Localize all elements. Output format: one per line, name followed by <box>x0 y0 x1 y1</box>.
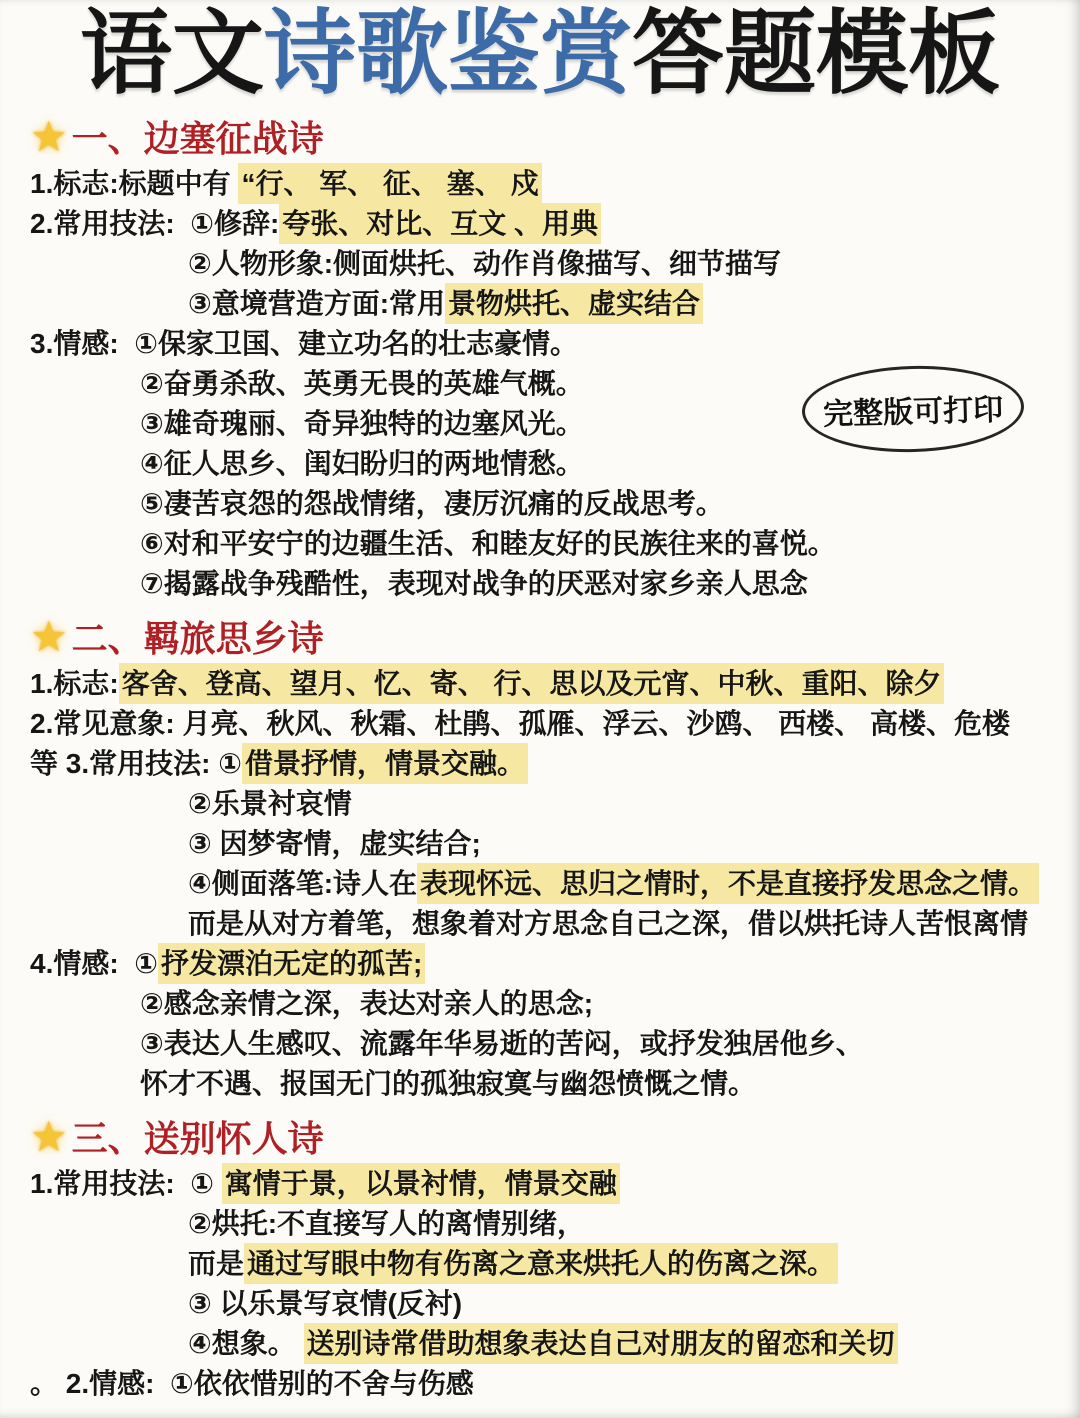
text-line: ⑤凄苦哀怨的怨战情绪，凄厉沉痛的反战思考。 <box>30 484 1050 524</box>
printable-badge-label: 完整版可打印 <box>822 385 1003 434</box>
text-line: 1.标志:客舍、登高、望月、忆、寄、 行、思以及元宵、中秋、重阳、除夕 <box>30 664 1050 704</box>
text-segment: ②人物形象:侧面烘托、动作肖像描写、细节描写 <box>188 248 781 279</box>
text-segment: ④侧面落笔:诗人在 <box>188 868 417 899</box>
poem-section: ★二、羁旅思乡诗1.标志:客舍、登高、望月、忆、寄、 行、思以及元宵、中秋、重阳… <box>30 616 1050 1104</box>
text-segment: ③意境营造方面:常用 <box>188 288 445 319</box>
text-line: 而是通过写眼中物有伤离之意来烘托人的伤离之深。 <box>30 1244 1050 1284</box>
text-segment: ②感念亲情之深，表达对亲人的思念; <box>140 988 593 1019</box>
text-line: ③ 以乐景写哀情(反衬) <box>30 1284 1050 1324</box>
glowing-star-icon: ★ <box>30 616 68 658</box>
text-segment: ⑦揭露战争残酷性，表现对战争的厌恶对家乡亲人思念 <box>140 568 808 599</box>
title-part-blue: 诗歌鉴赏 <box>264 3 632 105</box>
sections: ★一、边塞征战诗1.标志:标题中有 “行、 军、 征、 塞、 戍2.常用技法: … <box>30 116 1050 1404</box>
text-line: ②乐景衬哀情 <box>30 784 1050 824</box>
text-segment: 怀才不遇、报国无门的孤独寂寞与幽怨愤慨之情。 <box>140 1068 756 1099</box>
text-segment: ⑥对和平安宁的边疆生活、和睦友好的民族往来的喜悦。 <box>140 528 836 559</box>
text-line: ③表达人生感叹、流露年华易逝的苦闷，或抒发独居他乡、 <box>30 1024 1050 1064</box>
highlight-text: 夸张、对比、互文 、用典 <box>279 203 601 244</box>
text-segment: 1.标志: <box>30 668 119 699</box>
text-segment: 。 2.情感: ①依依惜别的不舍与伤感 <box>30 1368 474 1399</box>
text-segment: 1.标志:标题中有 <box>30 168 238 199</box>
highlight-text: 抒发漂泊无定的孤苦; <box>158 943 425 984</box>
text-segment: ③ 因梦寄情，虚实结合; <box>188 828 481 859</box>
glowing-star-icon: ★ <box>30 1116 68 1158</box>
poem-section: ★一、边塞征战诗1.标志:标题中有 “行、 军、 征、 塞、 戍2.常用技法: … <box>30 116 1050 604</box>
highlight-text: 表现怀远、思归之情时，不是直接抒发思念之情。 <box>417 863 1039 904</box>
text-line: 怀才不遇、报国无门的孤独寂寞与幽怨愤慨之情。 <box>30 1064 1050 1104</box>
text-line: 等 3.常用技法: ①借景抒情，情景交融。 <box>30 744 1050 784</box>
highlight-text: 景物烘托、虚实结合 <box>445 283 703 324</box>
text-line: ④侧面落笔:诗人在表现怀远、思归之情时，不是直接抒发思念之情。 <box>30 864 1050 904</box>
text-segment: ⑤凄苦哀怨的怨战情绪，凄厉沉痛的反战思考。 <box>140 488 724 519</box>
glowing-star-icon: ★ <box>30 116 68 158</box>
text-line: ③意境营造方面:常用景物烘托、虚实结合 <box>30 284 1050 324</box>
text-line: 2.常用技法: ①修辞:夸张、对比、互文 、用典 <box>30 204 1050 244</box>
text-segment: ③ 以乐景写哀情(反衬) <box>188 1288 462 1319</box>
section-heading-label: 一、边塞征战诗 <box>72 116 324 162</box>
text-line: 2.常见意象: 月亮、秋风、秋霜、杜鹃、孤雁、浮云、沙鸥、 西楼、 高楼、危楼 <box>30 704 1050 744</box>
section-heading: ★二、羁旅思乡诗 <box>30 616 1050 662</box>
page: 语文诗歌鉴赏答题模板 ★一、边塞征战诗1.标志:标题中有 “行、 军、 征、 塞… <box>0 0 1080 1418</box>
text-segment: 等 3.常用技法: ① <box>30 748 242 779</box>
highlight-text: “行、 军、 征、 塞、 戍 <box>238 163 541 204</box>
section-heading: ★一、边塞征战诗 <box>30 116 1050 162</box>
text-line: ④想象。 送别诗常借助想象表达自己对朋友的留恋和关切 <box>30 1324 1050 1364</box>
title-part-black-left: 语文 <box>80 3 264 105</box>
text-segment: 4.情感: ① <box>30 948 158 979</box>
section-heading-label: 二、羁旅思乡诗 <box>72 616 324 662</box>
text-line: 4.情感: ①抒发漂泊无定的孤苦; <box>30 944 1050 984</box>
text-segment: 1.常用技法: ① <box>30 1168 222 1199</box>
text-segment: ③表达人生感叹、流露年华易逝的苦闷，或抒发独居他乡、 <box>140 1028 864 1059</box>
text-segment: ②乐景衬哀情 <box>188 788 352 819</box>
text-line: 。 2.情感: ①依依惜别的不舍与伤感 <box>30 1364 1050 1404</box>
text-line: ⑦揭露战争残酷性，表现对战争的厌恶对家乡亲人思念 <box>30 564 1050 604</box>
text-line: 3.情感: ①保家卫国、建立功名的壮志豪情。 <box>30 324 1050 364</box>
page-title: 语文诗歌鉴赏答题模板 <box>30 4 1050 104</box>
text-line: 而是从对方着笔，想象着对方思念自己之深，借以烘托诗人苦恨离情 <box>30 904 1050 944</box>
text-line: 1.标志:标题中有 “行、 军、 征、 塞、 戍 <box>30 164 1050 204</box>
text-line: ②感念亲情之深，表达对亲人的思念; <box>30 984 1050 1024</box>
section-heading-label: 三、送别怀人诗 <box>72 1116 324 1162</box>
text-segment: 2.常用技法: ①修辞: <box>30 208 279 239</box>
highlight-text: 借景抒情，情景交融。 <box>242 743 528 784</box>
text-segment: ②奋勇杀敌、英勇无畏的英雄气概。 <box>140 368 584 399</box>
text-segment: ②烘托:不直接写人的离情别绪， <box>188 1208 585 1239</box>
text-segment: 而是从对方着笔，想象着对方思念自己之深，借以烘托诗人苦恨离情 <box>188 908 1028 939</box>
text-segment: 3.情感: ①保家卫国、建立功名的壮志豪情。 <box>30 328 578 359</box>
text-line: ⑥对和平安宁的边疆生活、和睦友好的民族往来的喜悦。 <box>30 524 1050 564</box>
highlight-text: 送别诗常借助想象表达自己对朋友的留恋和关切 <box>304 1323 898 1364</box>
text-segment: ③雄奇瑰丽、奇异独特的边塞风光。 <box>140 408 584 439</box>
text-segment: ④征人思乡、闺妇盼归的两地情愁。 <box>140 448 584 479</box>
text-segment: 2.常见意象: 月亮、秋风、秋霜、杜鹃、孤雁、浮云、沙鸥、 西楼、 高楼、危楼 <box>30 708 1010 739</box>
page-content: 语文诗歌鉴赏答题模板 ★一、边塞征战诗1.标志:标题中有 “行、 军、 征、 塞… <box>0 0 1080 1404</box>
highlight-text: 寓情于景，以景衬情，情景交融 <box>222 1163 620 1204</box>
text-line: ②烘托:不直接写人的离情别绪， <box>30 1204 1050 1244</box>
text-segment: ④想象。 <box>188 1328 304 1359</box>
highlight-text: 客舍、登高、望月、忆、寄、 行、思以及元宵、中秋、重阳、除夕 <box>119 663 945 704</box>
section-heading: ★三、送别怀人诗 <box>30 1116 1050 1162</box>
poem-section: ★三、送别怀人诗1.常用技法: ① 寓情于景，以景衬情，情景交融②烘托:不直接写… <box>30 1116 1050 1404</box>
text-segment: 而是 <box>188 1248 244 1279</box>
text-line: ②人物形象:侧面烘托、动作肖像描写、细节描写 <box>30 244 1050 284</box>
title-part-black-right: 答题模板 <box>632 3 1000 105</box>
text-line: ③ 因梦寄情，虚实结合; <box>30 824 1050 864</box>
text-line: 1.常用技法: ① 寓情于景，以景衬情，情景交融 <box>30 1164 1050 1204</box>
highlight-text: 通过写眼中物有伤离之意来烘托人的伤离之深。 <box>244 1243 838 1284</box>
